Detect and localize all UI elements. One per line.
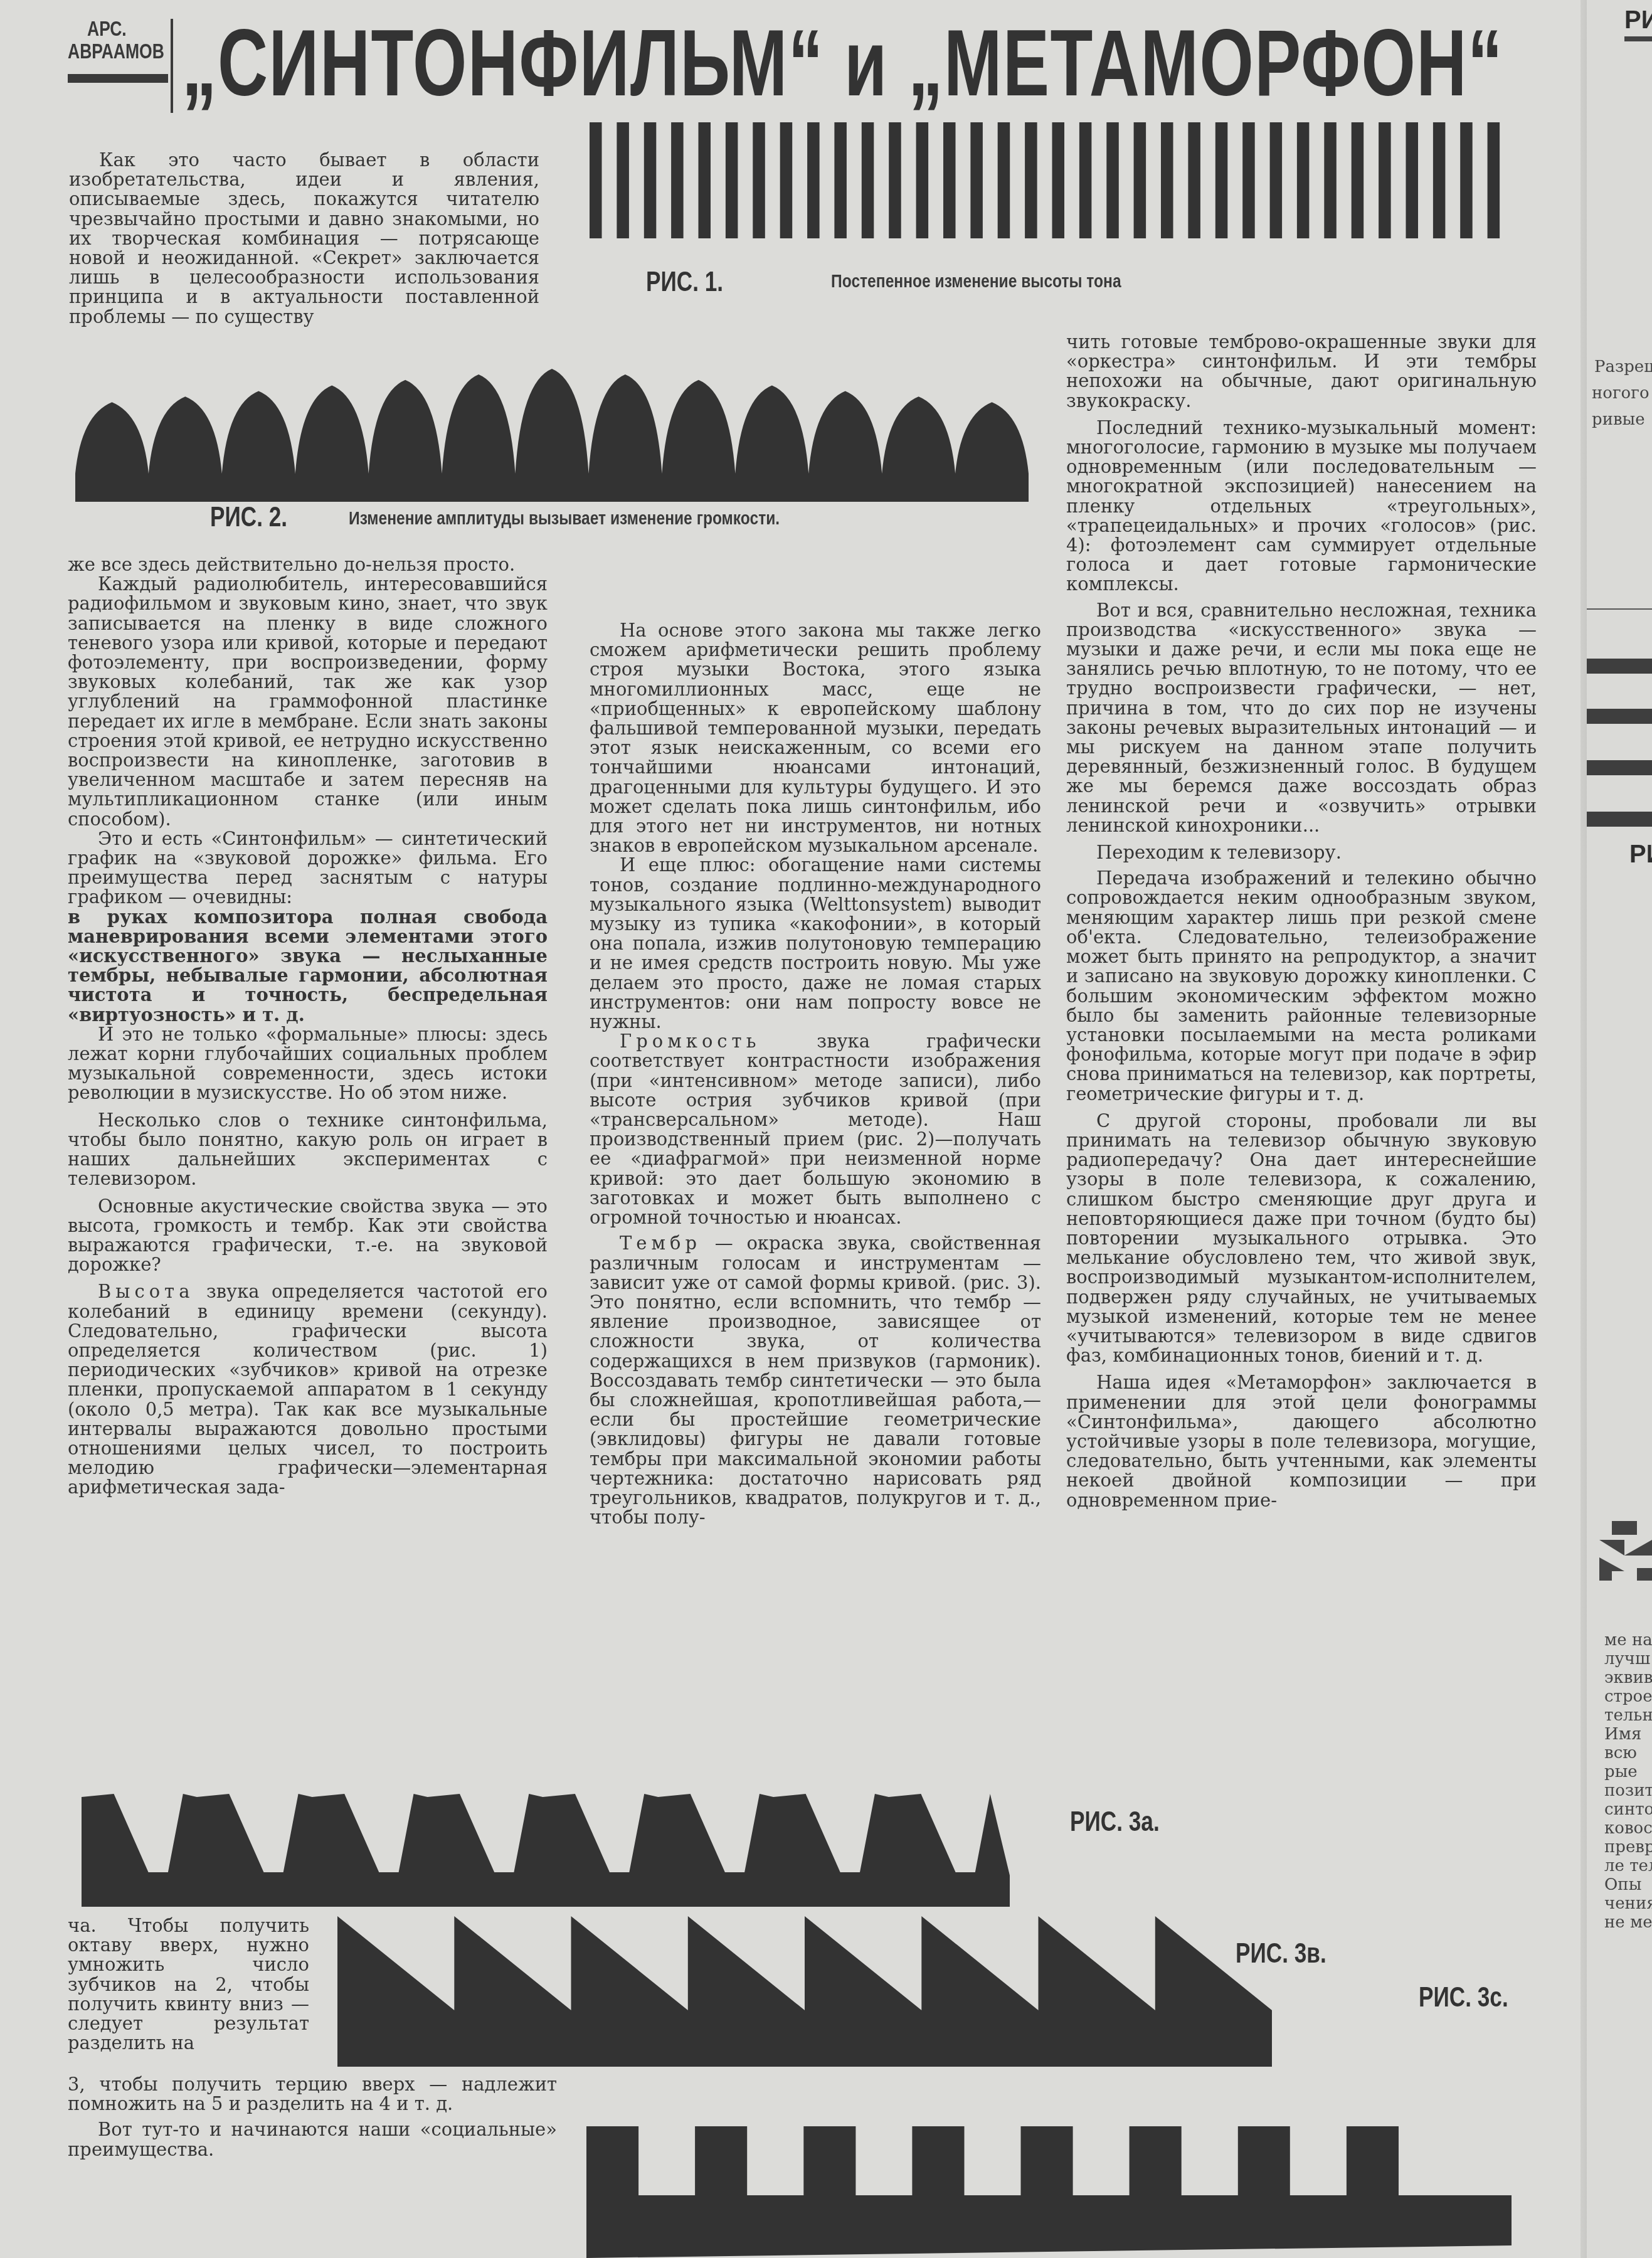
- figure-3a-trapezoid-wave: [82, 1762, 1010, 1907]
- paragraph: Основные акустические свойства звука — э…: [68, 1197, 548, 1275]
- adjacent-divider: [1587, 608, 1652, 610]
- adjacent-text-line: эквив: [1604, 1668, 1652, 1687]
- adjacent-text-line: не ме: [1604, 1913, 1652, 1932]
- column-2: На основе этого закона мы также легко см…: [590, 621, 1041, 1527]
- article-headline: „СИНТОНФИЛЬМ“ и „МЕТАМОРФОН“: [182, 13, 1503, 113]
- adjacent-text-block: ме налучшэквивстроетельнИмявсюрыепозитси…: [1604, 1631, 1652, 1932]
- column-1: же все здесь действительно до-нельзя про…: [68, 555, 548, 1498]
- paragraph-text: звука определяется частотой его колебани…: [68, 1281, 548, 1498]
- paragraph: Вот тут-то и начинаются наши «социальные…: [68, 2120, 557, 2159]
- adjacent-fig-label: РИ: [1624, 6, 1652, 34]
- paragraph: Каждый радиолюбитель, интересовавшийся р…: [68, 575, 548, 829]
- paragraph: Несколько слов о технике синтонфильма, ч…: [68, 1111, 548, 1189]
- adjacent-rule: [1624, 36, 1652, 41]
- adjacent-page-edge: РИ Разреш ногого ривые РИ ме налучшэквив…: [1587, 0, 1652, 2258]
- figure-3a-label: РИС. 3а.: [1070, 1806, 1160, 1838]
- adjacent-text-3: ривые: [1592, 410, 1645, 429]
- column-1-bottom: ча. Чтобы получить октаву вверх, нужно у…: [68, 1916, 309, 2053]
- adjacent-text-line: ле тел: [1604, 1857, 1652, 1875]
- paragraph: 3, чтобы получить терцию вверх — надлежи…: [68, 2075, 557, 2114]
- bold-text: в руках композитора полная свобода манев…: [68, 906, 548, 1026]
- figure-1-caption: Постепенное изменение высоты тона: [831, 271, 1121, 292]
- figure-3b-sawtooth-wave: [337, 1916, 1272, 2067]
- adjacent-fig-label-2: РИ: [1629, 840, 1652, 869]
- paragraph: И это не только «формальные» плюсы: здес…: [68, 1025, 548, 1103]
- adjacent-text-2: ногого: [1592, 384, 1649, 403]
- figure-2-caption: Изменение амплитуды вызывает изменение г…: [349, 508, 780, 529]
- paragraph-loudness: Громкость звука графически соответствует…: [590, 1032, 1041, 1227]
- author-initials: АРС.: [68, 18, 146, 40]
- paragraph: На основе этого закона мы также легко см…: [590, 621, 1041, 856]
- paragraph: И еще плюс: обогащение нами системы тоно…: [590, 856, 1041, 1032]
- figure-2-label: РИС. 2.: [210, 502, 287, 533]
- byline-rule: [68, 74, 168, 83]
- figure-1-pitch-bars: [590, 122, 1515, 238]
- paragraph-bold: в руках композитора полная свобода манев…: [68, 908, 548, 1025]
- column-3: чить готовые темброво-окрашенные звуки д…: [1066, 332, 1537, 1510]
- intro-text: Как это часто бывает в области изобретат…: [69, 151, 539, 327]
- paragraph: С другой стороны, пробовали ли вы приним…: [1066, 1111, 1537, 1366]
- paragraph-text: звука графически соответствует контрастн…: [590, 1031, 1041, 1228]
- adjacent-text-line: всю: [1604, 1744, 1652, 1762]
- adjacent-text-line: ме на: [1604, 1631, 1652, 1650]
- adjacent-text-1: Разреш: [1594, 358, 1652, 376]
- spaced-term: Высота: [98, 1281, 194, 1302]
- paragraph: чить готовые темброво-окрашенные звуки д…: [1066, 332, 1537, 411]
- adjacent-text-line: превр: [1604, 1838, 1652, 1857]
- adjacent-text-line: строе: [1604, 1687, 1652, 1706]
- spaced-term: Громкость: [620, 1031, 760, 1052]
- paragraph-text: — окраска звука, свойственная различным …: [590, 1232, 1041, 1528]
- figure-2-amplitude-wave: [75, 358, 1029, 502]
- paragraph: Наша идея «Метаморфон» заключается в при…: [1066, 1373, 1537, 1510]
- author-byline: АРС. АВРААМОВ: [68, 18, 146, 63]
- adjacent-stripe: [1587, 709, 1652, 724]
- adjacent-text-line: рые: [1604, 1762, 1652, 1781]
- spaced-term: Тембр: [620, 1232, 701, 1254]
- paragraph-pitch: Высота звука определяется частотой его к…: [68, 1282, 548, 1497]
- column-1-bottom-wide: 3, чтобы получить терцию вверх — надлежи…: [68, 2075, 557, 2160]
- adjacent-text-line: Имя: [1604, 1725, 1652, 1744]
- adjacent-text-line: чения: [1604, 1894, 1652, 1913]
- intro-paragraph: Как это часто бывает в области изобретат…: [69, 151, 539, 327]
- paragraph: ча. Чтобы получить октаву вверх, нужно у…: [68, 1916, 309, 2053]
- adjacent-text-line: тельн: [1604, 1706, 1652, 1725]
- paragraph: Это и есть «Синтонфильм» — синтетический…: [68, 829, 548, 908]
- newspaper-page: АРС. АВРААМОВ „СИНТОНФИЛЬМ“ и „МЕТАМОРФО…: [0, 0, 1581, 2258]
- adjacent-stripe: [1587, 760, 1652, 775]
- adjacent-text-line: ковос: [1604, 1819, 1652, 1838]
- adjacent-stripe: [1587, 812, 1652, 827]
- author-surname: АВРААМОВ: [68, 40, 146, 63]
- paragraph-timbre: Тембр — окраска звука, свойственная разл…: [590, 1234, 1041, 1527]
- byline-divider: [171, 19, 173, 113]
- paragraph: Переходим к телевизору.: [1066, 843, 1537, 862]
- paragraph: же все здесь действительно до-нельзя про…: [68, 555, 548, 575]
- figure-3c-square-wave: [586, 2126, 1512, 2258]
- adjacent-text-line: Опы: [1604, 1875, 1652, 1894]
- adjacent-stripe: [1587, 659, 1652, 674]
- paragraph: Вот и вся, сравнительно несложная, техни…: [1066, 601, 1537, 835]
- adjacent-text-line: позит: [1604, 1781, 1652, 1800]
- adjacent-text-line: синто: [1604, 1800, 1652, 1819]
- paragraph: Последний технико-музыкальный момент: мн…: [1066, 418, 1537, 595]
- paragraph: Передача изображений и телекино обычно с…: [1066, 869, 1537, 1103]
- figure-3b-label: РИС. 3в.: [1236, 1938, 1326, 1969]
- adjacent-pattern-figure: [1599, 1521, 1652, 1581]
- figure-1-label: РИС. 1.: [646, 267, 723, 298]
- adjacent-text-line: лучш: [1604, 1650, 1652, 1668]
- figure-3c-label: РИС. 3с.: [1419, 1982, 1508, 2013]
